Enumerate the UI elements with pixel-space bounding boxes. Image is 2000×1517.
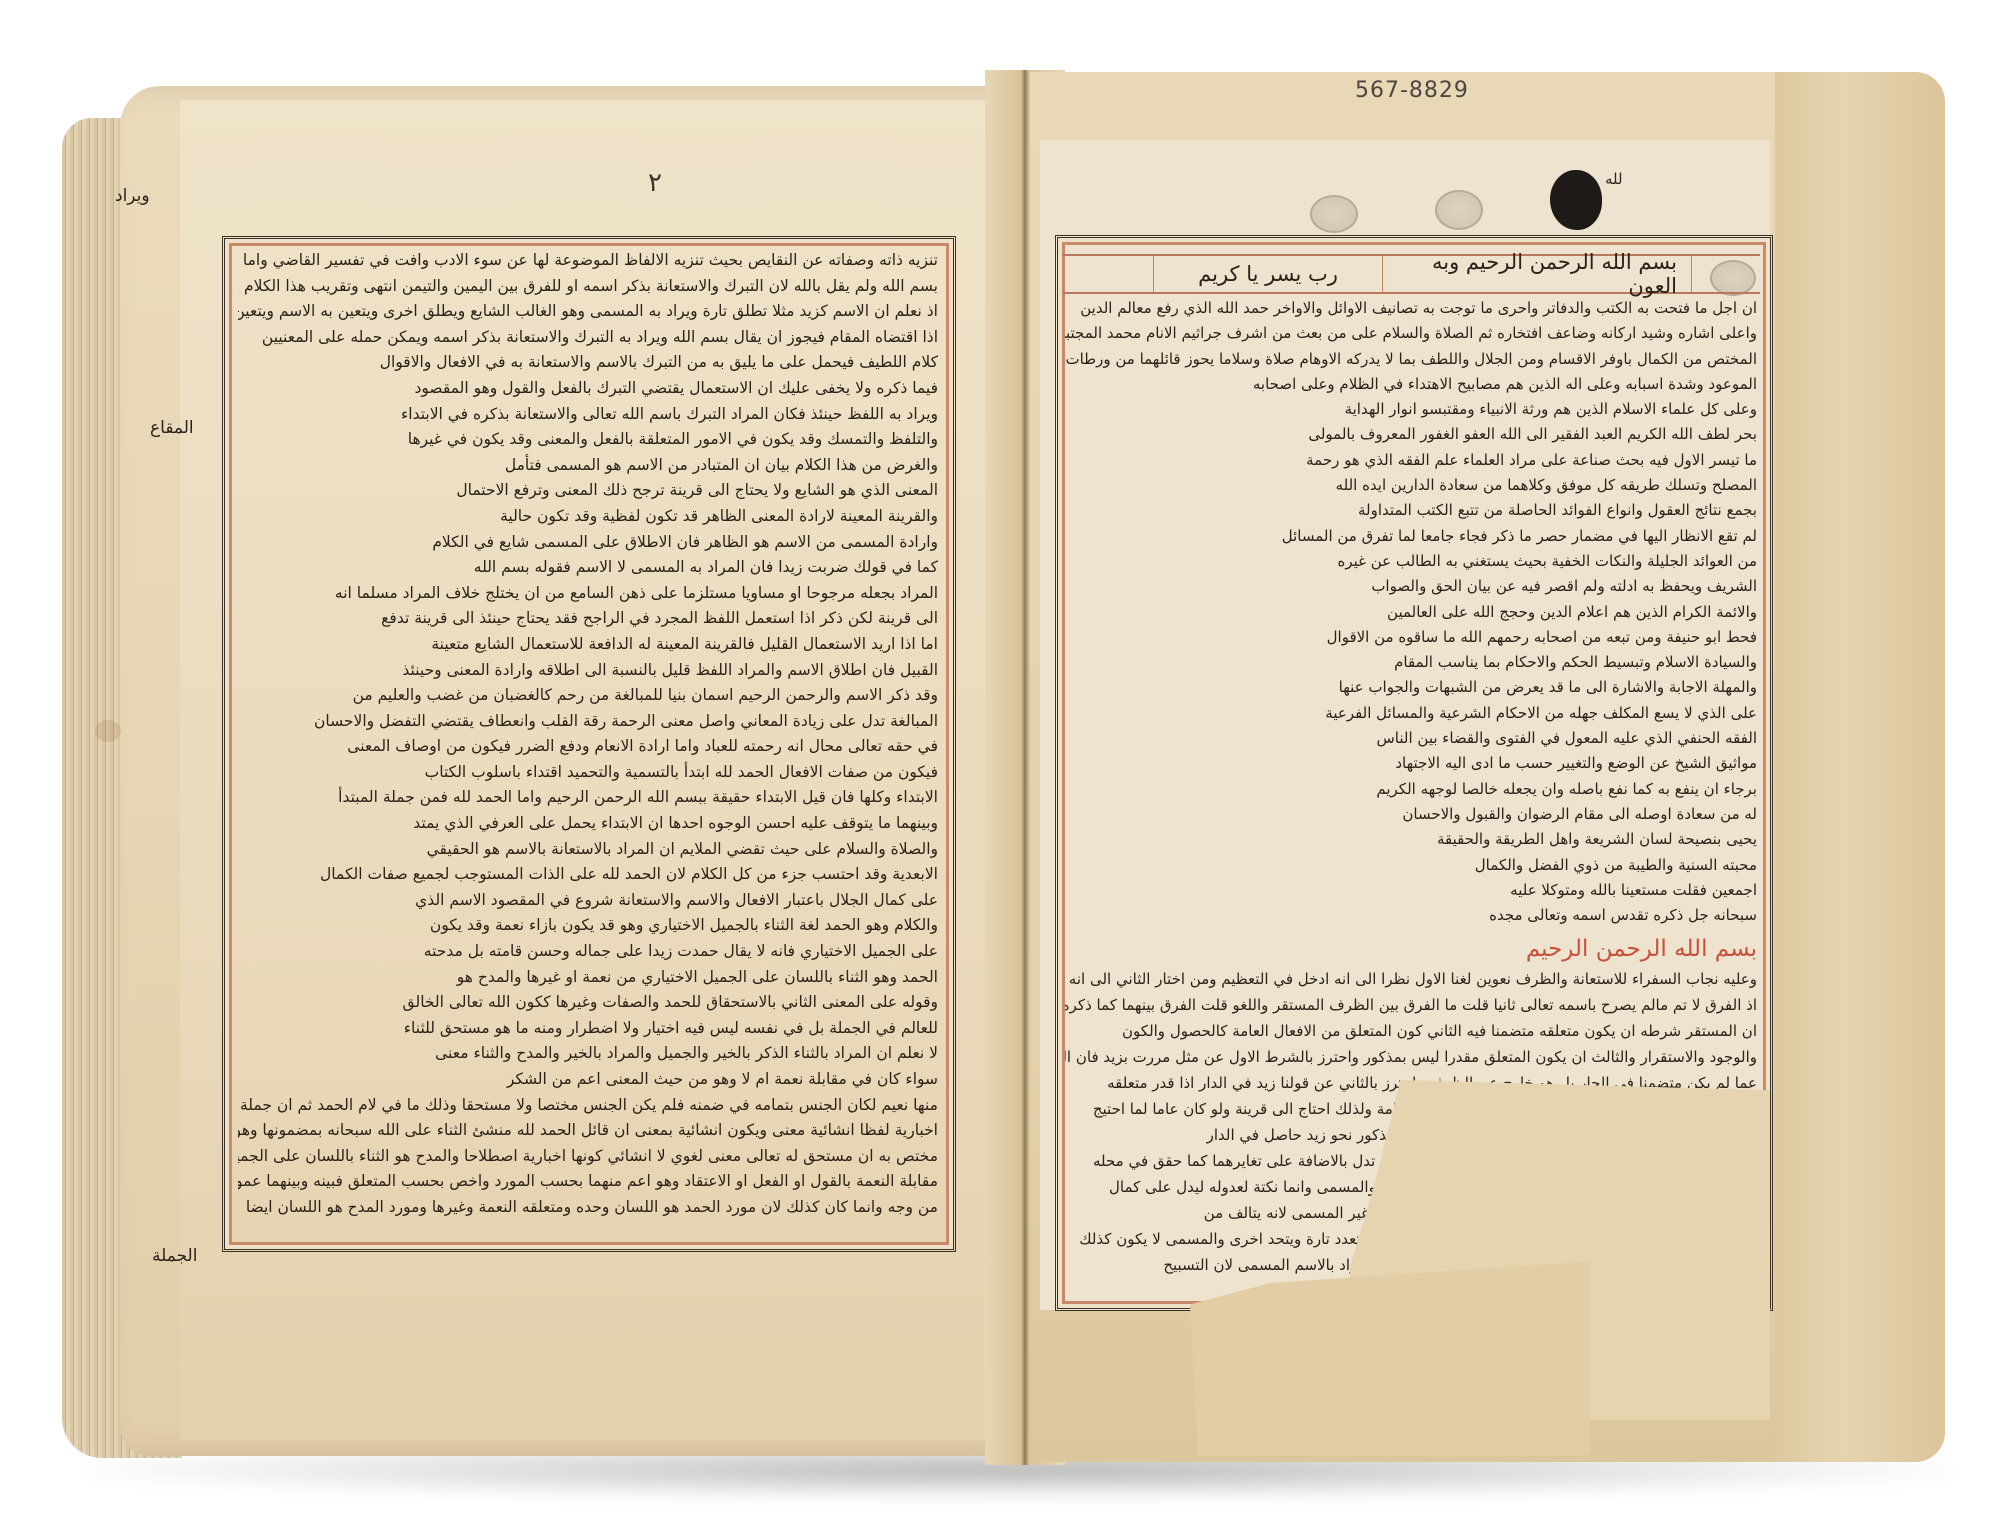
right-page-margin bbox=[1775, 72, 1945, 1462]
manuscript-line: والقرينة المعينة لارادة المعنى الظاهر قد… bbox=[238, 504, 938, 530]
manuscript-line: والسيادة الاسلام وتبسيط الحكم والاحكام ب… bbox=[1065, 650, 1757, 675]
section-heading: بسم الله الرحمن الرحيم bbox=[1065, 936, 1757, 962]
manuscript-line: يحيى بنصيحة لسان الشريعة واهل الطريقة وا… bbox=[1065, 827, 1757, 852]
ink-seal bbox=[1550, 170, 1602, 230]
manuscript-line: ويراد به اللفظ حينئذ فكان المراد التبرك … bbox=[238, 402, 938, 428]
seal-stamp bbox=[1435, 190, 1483, 230]
manuscript-line: تنزيه ذاته وصفاته عن النقايص بحيث تنزيه … bbox=[238, 248, 938, 274]
manuscript-line: الابتداء وكلها فان قيل الابتداء حقيقة بب… bbox=[238, 785, 938, 811]
manuscript-line: وعليه نجاب السفراء للاستعانة والظرف نعوي… bbox=[1065, 966, 1757, 992]
manuscript-line: الشريف ويحفظ به ادلته ولم اقصر فيه عن بي… bbox=[1065, 574, 1757, 599]
manuscript-line: سبحانه جل ذكره تقدس اسمه وتعالى مجده bbox=[1065, 903, 1757, 928]
manuscript-line: الى قرينة لكن ذكر اذا استعمل اللفظ المجر… bbox=[238, 606, 938, 632]
manuscript-line: وعلى كل علماء الاسلام الذين هم ورثة الان… bbox=[1065, 397, 1757, 422]
manuscript-line: واعلى اشاره وشيد اركانه وضاعف افتخاره ثم… bbox=[1065, 321, 1757, 346]
manuscript-line: اذا اقتضاه المقام فيجوز ان يقال بسم الله… bbox=[238, 325, 938, 351]
manuscript-line: برجاء ان ينفع به كما نفع باصله وان يجعله… bbox=[1065, 777, 1757, 802]
manuscript-line: من وجه وانما كان كذلك لان مورد الحمد هو … bbox=[238, 1195, 938, 1221]
manuscript-line: اما اذا اريد الاستعمال القليل فالقرينة ا… bbox=[238, 632, 938, 658]
manuscript-line: والتلفظ والتمسك وقد يكون في الامور المتع… bbox=[238, 427, 938, 453]
manuscript-line: المبالغة تدل على زيادة المعاني واصل معنى… bbox=[238, 709, 938, 735]
manuscript-line: للعالم في الجملة بل في نفسه ليس فيه اختي… bbox=[238, 1016, 938, 1042]
manuscript-line: بجمع نتائج العقول وانواع الفوائد الحاصلة… bbox=[1065, 498, 1757, 523]
manuscript-line: اخبارية لفظا انشائية معنى ويكون انشائية … bbox=[238, 1118, 938, 1144]
manuscript-line: ما تيسر الاول فيه بحث صناعة على مراد الع… bbox=[1065, 448, 1757, 473]
manuscript-line: محبته السنية والطيبة من ذوي الفضل والكما… bbox=[1065, 853, 1757, 878]
right-text-block: ان اجل ما فتحت به الكتب والدفاتر واحرى م… bbox=[1065, 296, 1757, 936]
manuscript-line: والصلاة والسلام على حيث تقضي الملايم ان … bbox=[238, 837, 938, 863]
section-heading-row: بسم الله الرحمن الرحيم bbox=[1065, 936, 1757, 966]
left-text-block: تنزيه ذاته وصفاته عن النقايص بحيث تنزيه … bbox=[238, 248, 938, 1238]
manuscript-line: القبيل فان اطلاق الاسم والمراد اللفظ قلي… bbox=[238, 658, 938, 684]
manuscript-line: فيما ذكره ولا يخفى عليك ان الاستعمال يقت… bbox=[238, 376, 938, 402]
manuscript-line: الحمد وهو الثناء باللسان على الجميل الاخ… bbox=[238, 965, 938, 991]
manuscript-line: وبينهما ما يتوقف عليه احسن الوجوه احدها … bbox=[238, 811, 938, 837]
title-cell-basmala: بسم الله الرحمن الرحيم وبه العون bbox=[1382, 256, 1691, 292]
manuscript-line: الفقه الحنفي الذي عليه المعول في الفتوى … bbox=[1065, 726, 1757, 751]
seal-stamp bbox=[1310, 195, 1358, 233]
manuscript-line: مواثيق الشيخ عن الوضع والتغيير حسب ما اد… bbox=[1065, 751, 1757, 776]
manuscript-line: والوجود والاستقرار والثالث ان يكون المتع… bbox=[1065, 1044, 1757, 1070]
manuscript-line: وقوله على المعنى الثاني بالاستحقاق للحمد… bbox=[238, 990, 938, 1016]
manuscript-line: بحر لطف الله الكريم العبد الفقير الى الل… bbox=[1065, 422, 1757, 447]
manuscript-line: لم تقع الانظار اليها في مضمار حصر ما ذكر… bbox=[1065, 524, 1757, 549]
manuscript-line: مقابلة النعمة بالقول او الفعل او الاعتقا… bbox=[238, 1169, 938, 1195]
manuscript-line: والكلام وهو الحمد لغة الثناء بالجميل الا… bbox=[238, 913, 938, 939]
stain bbox=[95, 720, 121, 742]
margin-note: الجملة bbox=[152, 1246, 197, 1266]
manuscript-line: مختص به ان مستحق له تعالى معنى لغوي لا ا… bbox=[238, 1144, 938, 1170]
manuscript-line: له من سعادة اوصله الى مقام الرضوان والقب… bbox=[1065, 802, 1757, 827]
manuscript-line: والغرض من هذا الكلام بيان ان المتبادر من… bbox=[238, 453, 938, 479]
manuscript-line: اجمعين فقلت مستعينا بالله ومتوكلا عليه bbox=[1065, 878, 1757, 903]
title-cell-invocation: رب يسر يا كريم bbox=[1153, 256, 1382, 292]
title-box: بسم الله الرحمن الرحيم وبه العون رب يسر … bbox=[1062, 254, 1760, 294]
manuscript-line: والائمة الكرام الذين هم اعلام الدين وحجج… bbox=[1065, 600, 1757, 625]
page-number: ٢ bbox=[648, 168, 662, 198]
manuscript-line: كلام اللطيف فيحمل على ما يليق به من التب… bbox=[238, 350, 938, 376]
manuscript-line: في حقه تعالى محال انه رحمته للعباد واما … bbox=[238, 734, 938, 760]
manuscript-line: فيكون من صفات الافعال الحمد لله ابتدأ با… bbox=[238, 760, 938, 786]
manuscript-line: ان المستقر شرطه ان يكون متعلقه متضمنا في… bbox=[1065, 1018, 1757, 1044]
manuscript-line: الابعدية وقد احتسب جزء من كل الكلام لان … bbox=[238, 862, 938, 888]
manuscript-line: منها نعيم لكان الجنس بتمامه في ضمنه فلم … bbox=[238, 1093, 938, 1119]
manuscript-line: بسم الله ولم يقل بالله لان التبرك والاست… bbox=[238, 274, 938, 300]
manuscript-line: اذ نعلم ان الاسم كزيد مثلا تطلق تارة وير… bbox=[238, 299, 938, 325]
margin-note: المقاع bbox=[150, 418, 194, 438]
header-note: لله bbox=[1605, 170, 1623, 188]
manuscript-line: وارادة المسمى من الاسم هو الظاهر فان الا… bbox=[238, 530, 938, 556]
manuscript-line: اذ الفرق لا تم مالم يصرح باسمه تعالى ثان… bbox=[1065, 992, 1757, 1018]
manuscript-line: من العوائد الجليلة والنكات الخفية بحيث ي… bbox=[1065, 549, 1757, 574]
shelfmark: 567-8829 bbox=[1355, 78, 1469, 103]
manuscript-line: على الجميل الاختياري فانه لا يقال حمدت ز… bbox=[238, 939, 938, 965]
title-cell-empty bbox=[1062, 256, 1153, 292]
manuscript-line: لا نعلم ان المراد بالثناء الذكر بالخير و… bbox=[238, 1041, 938, 1067]
manuscript-line: سواء كان في مقابلة نعمة ام لا وهو من حيث… bbox=[238, 1067, 938, 1093]
manuscript-line: على الذي لا يسع المكلف جهله من الاحكام ا… bbox=[1065, 701, 1757, 726]
manuscript-line: الموعود وشدة اسبابه وعلى اله الذين هم مص… bbox=[1065, 372, 1757, 397]
manuscript-line: على كمال الجلال باعتبار الافعال والاسم و… bbox=[238, 888, 938, 914]
manuscript-line: كما في قولك ضربت زيدا فان المراد به المس… bbox=[238, 555, 938, 581]
manuscript-line: المختص من الكمال باوفر الاقسام ومن الجلا… bbox=[1065, 347, 1757, 372]
manuscript-line: المعنى الذي هو الشايع ولا يحتاج الى قرين… bbox=[238, 478, 938, 504]
manuscript-line: ان اجل ما فتحت به الكتب والدفاتر واحرى م… bbox=[1065, 296, 1757, 321]
manuscript-line: المراد بجعله مرجوحا او مساويا مستلزما عل… bbox=[238, 581, 938, 607]
manuscript-line: فحط ابو حنيفة ومن تبعه من اصحابه رحمهم ا… bbox=[1065, 625, 1757, 650]
manuscript-line: والمهلة الاجابة والاشارة الى ما قد يعرض … bbox=[1065, 675, 1757, 700]
manuscript-line: وقد ذكر الاسم والرحمن الرحيم اسمان بنيا … bbox=[238, 683, 938, 709]
manuscript-line: المصلح وتسلك طريقه كل موفق وكلاهما من سع… bbox=[1065, 473, 1757, 498]
margin-note: ويراد bbox=[115, 186, 150, 206]
title-cell-empty bbox=[1691, 256, 1760, 292]
